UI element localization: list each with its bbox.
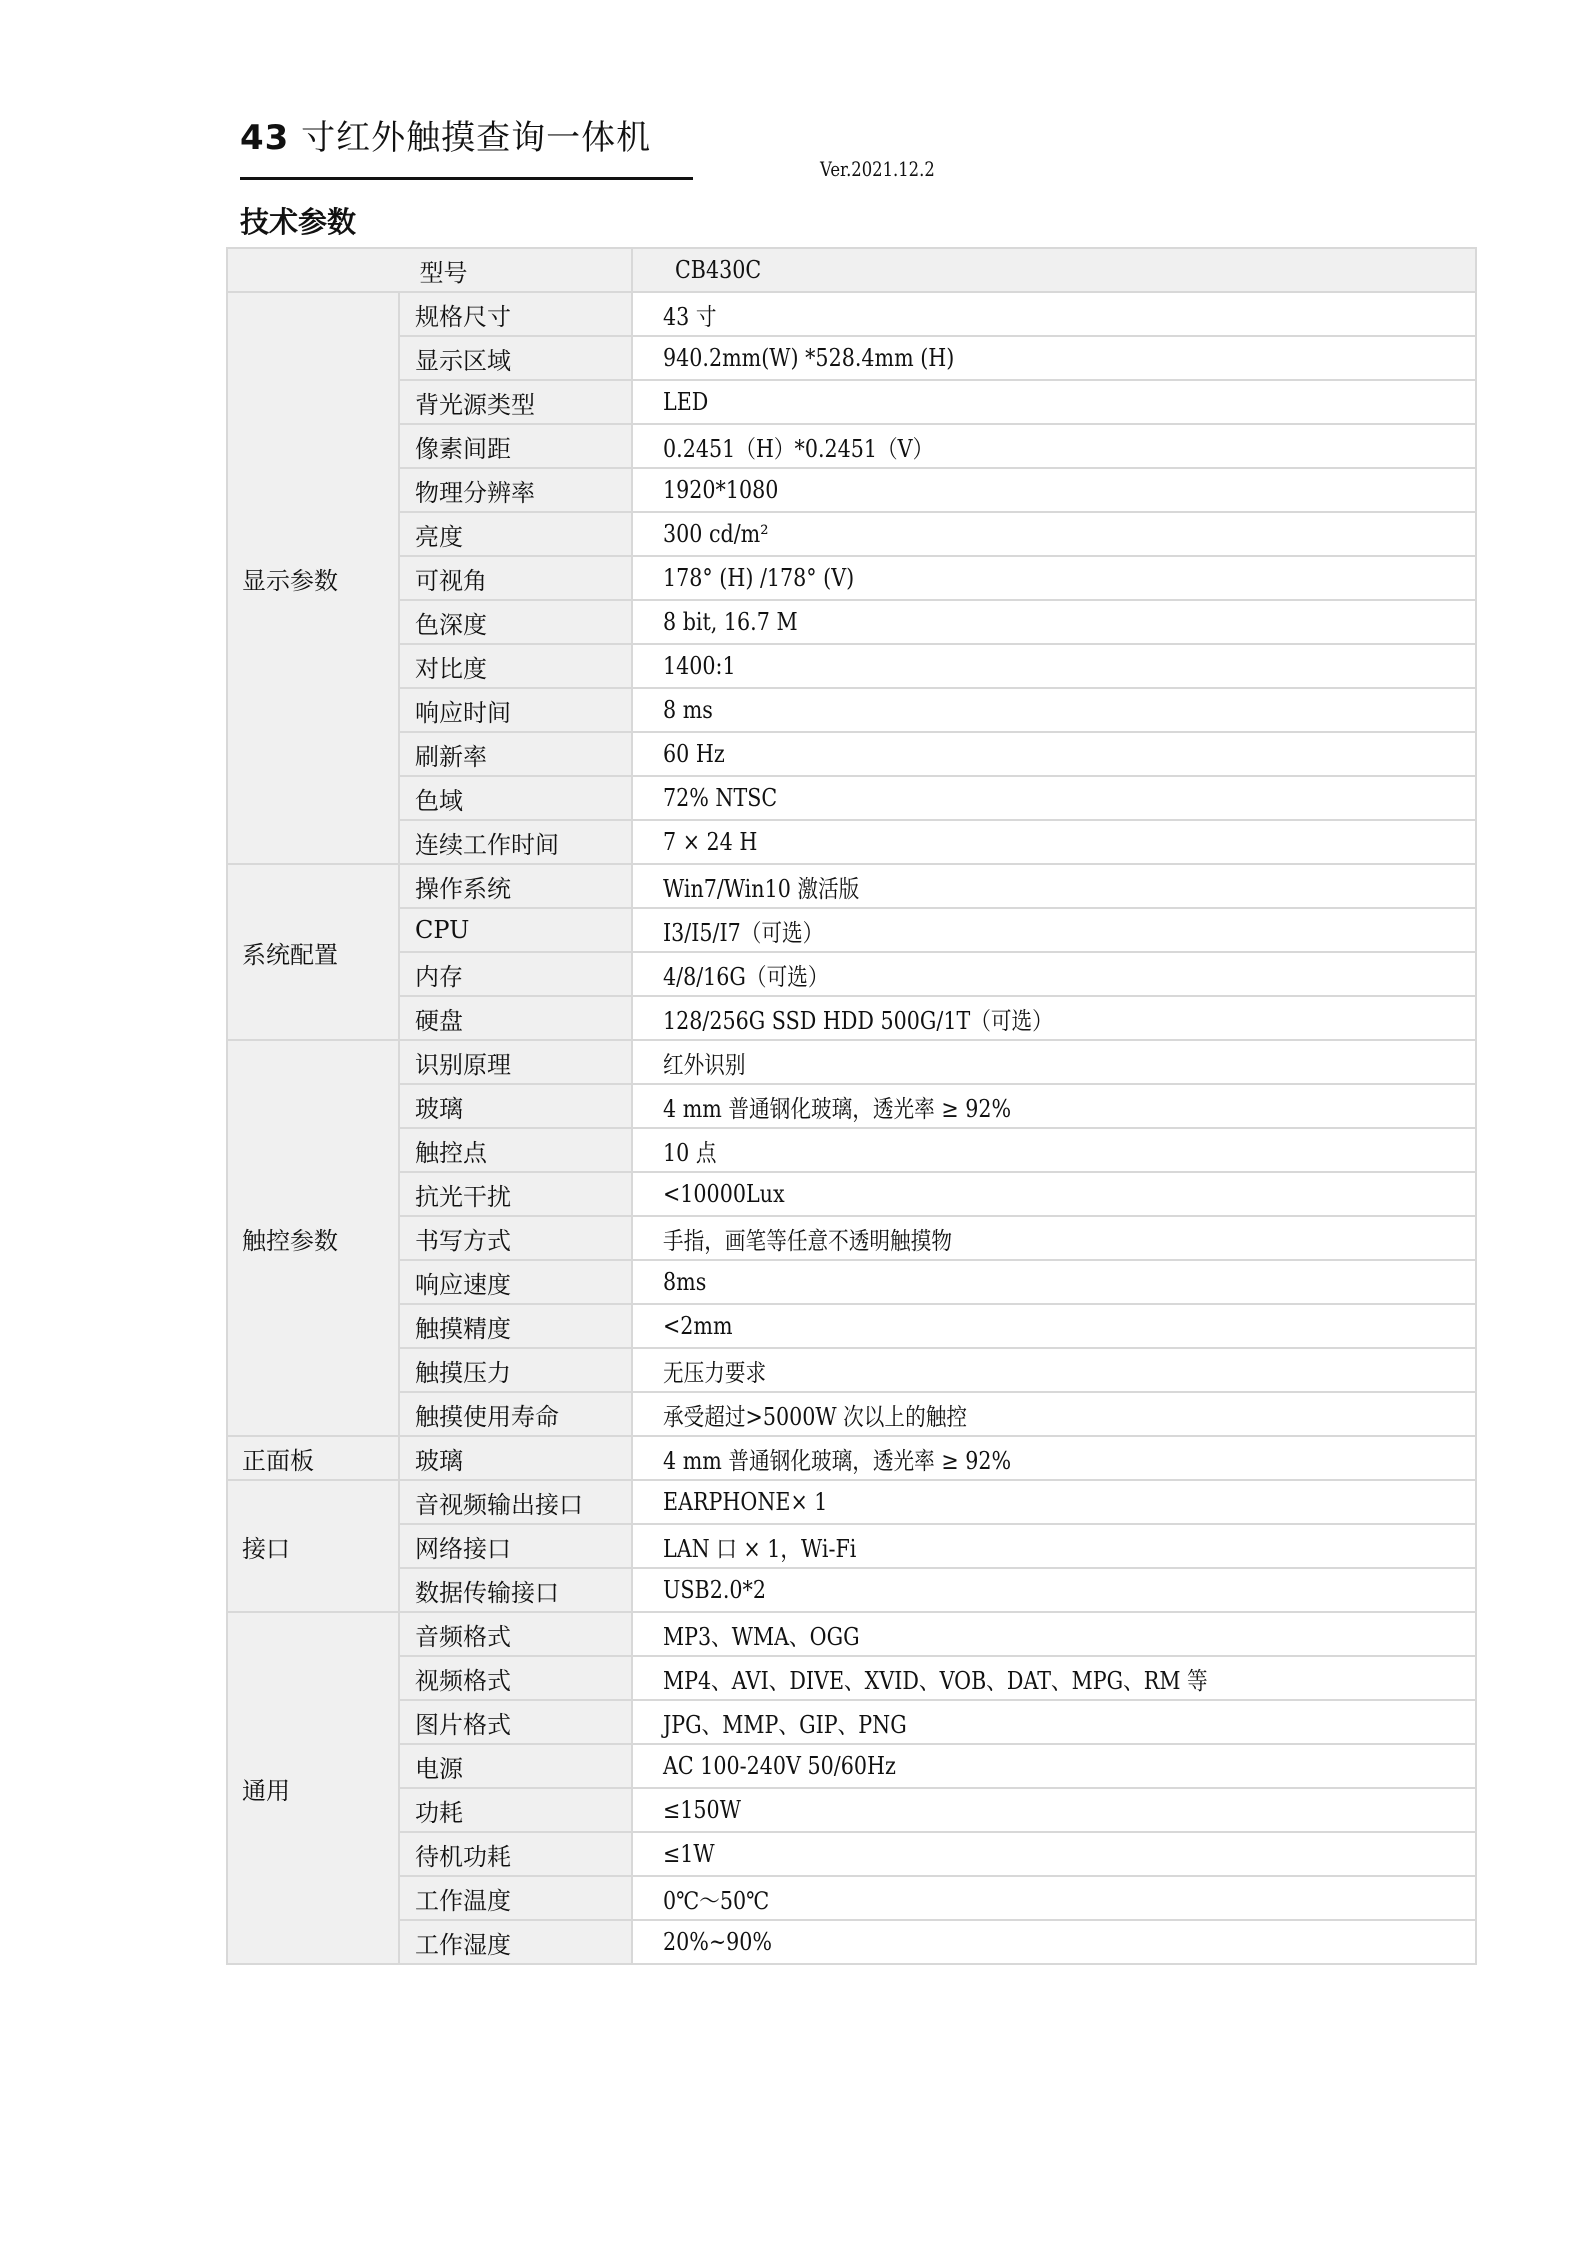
- spec-row: 亮度300 cd/m²: [227, 512, 1476, 556]
- spec-value: AC 100-240V 50/60Hz: [632, 1744, 1476, 1788]
- spec-label: CPU: [399, 908, 632, 952]
- spec-value: 20%~90%: [632, 1920, 1476, 1964]
- spec-table: 型号 CB430C 显示参数规格尺寸43 寸显示区域940.2mm(W) *52…: [226, 247, 1477, 1965]
- spec-value: ≤1W: [632, 1832, 1476, 1876]
- spec-label: 识别原理: [399, 1040, 632, 1084]
- spec-label: 触摸精度: [399, 1304, 632, 1348]
- spec-row: 待机功耗≤1W: [227, 1832, 1476, 1876]
- spec-row: 触摸使用寿命承受超过>5000W 次以上的触控: [227, 1392, 1476, 1436]
- spec-value: EARPHONE× 1: [632, 1480, 1476, 1524]
- document-title: 43 寸红外触摸查询一体机: [240, 116, 651, 160]
- spec-label: 连续工作时间: [399, 820, 632, 864]
- spec-row: 刷新率60 Hz: [227, 732, 1476, 776]
- group-label: 系统配置: [227, 864, 399, 1040]
- spec-value: 无压力要求: [632, 1348, 1476, 1392]
- spec-value: 300 cd/m²: [632, 512, 1476, 556]
- spec-label: 操作系统: [399, 864, 632, 908]
- version-label: Ver.2021.12.2: [820, 155, 935, 183]
- spec-label: 功耗: [399, 1788, 632, 1832]
- spec-row: 可视角178° (H) /178° (V): [227, 556, 1476, 600]
- spec-label: 亮度: [399, 512, 632, 556]
- spec-value: 8ms: [632, 1260, 1476, 1304]
- spec-label: 图片格式: [399, 1700, 632, 1744]
- spec-label: 色深度: [399, 600, 632, 644]
- spec-row: 硬盘128/256G SSD HDD 500G/1T（可选）: [227, 996, 1476, 1040]
- spec-value: 8 bit, 16.7 M: [632, 600, 1476, 644]
- spec-row: 内存4/8/16G（可选）: [227, 952, 1476, 996]
- spec-row: 抗光干扰<10000Lux: [227, 1172, 1476, 1216]
- spec-value: 8 ms: [632, 688, 1476, 732]
- spec-label: 网络接口: [399, 1524, 632, 1568]
- spec-value: 60 Hz: [632, 732, 1476, 776]
- group-label: 正面板: [227, 1436, 399, 1480]
- spec-row: 触控点10 点: [227, 1128, 1476, 1172]
- spec-row: 背光源类型LED: [227, 380, 1476, 424]
- spec-row: 功耗≤150W: [227, 1788, 1476, 1832]
- spec-label: 对比度: [399, 644, 632, 688]
- spec-label: 刷新率: [399, 732, 632, 776]
- title-text: 寸红外触摸查询一体机: [301, 118, 651, 158]
- spec-label: 工作湿度: [399, 1920, 632, 1964]
- spec-label: 数据传输接口: [399, 1568, 632, 1612]
- spec-row: 工作温度0℃～50℃: [227, 1876, 1476, 1920]
- spec-label: 响应时间: [399, 688, 632, 732]
- spec-label: 触摸使用寿命: [399, 1392, 632, 1436]
- spec-row: 响应速度8ms: [227, 1260, 1476, 1304]
- spec-label: 玻璃: [399, 1084, 632, 1128]
- spec-label: 视频格式: [399, 1656, 632, 1700]
- spec-row: 连续工作时间7 × 24 H: [227, 820, 1476, 864]
- spec-value: 10 点: [632, 1128, 1476, 1172]
- spec-value: 43 寸: [632, 292, 1476, 336]
- spec-row: 对比度1400:1: [227, 644, 1476, 688]
- spec-label: 色域: [399, 776, 632, 820]
- spec-value: 72% NTSC: [632, 776, 1476, 820]
- spec-value: <10000Lux: [632, 1172, 1476, 1216]
- spec-value: MP4、AVI、DIVE、XVID、VOB、DAT、MPG、RM 等: [632, 1656, 1476, 1700]
- spec-value: 红外识别: [632, 1040, 1476, 1084]
- spec-value: 1920*1080: [632, 468, 1476, 512]
- spec-label: 背光源类型: [399, 380, 632, 424]
- spec-label: 音频格式: [399, 1612, 632, 1656]
- model-row: 型号 CB430C: [227, 248, 1476, 292]
- spec-label: 显示区域: [399, 336, 632, 380]
- spec-value: LAN 口 × 1，Wi-Fi: [632, 1524, 1476, 1568]
- spec-label: 硬盘: [399, 996, 632, 1040]
- spec-value: USB2.0*2: [632, 1568, 1476, 1612]
- spec-row: 物理分辨率1920*1080: [227, 468, 1476, 512]
- spec-value: 128/256G SSD HDD 500G/1T（可选）: [632, 996, 1476, 1040]
- spec-row: 通用音频格式MP3、WMA、OGG: [227, 1612, 1476, 1656]
- title-number: 43: [240, 118, 289, 158]
- model-value: CB430C: [632, 248, 1476, 292]
- spec-label: 电源: [399, 1744, 632, 1788]
- spec-row: 玻璃4 mm 普通钢化玻璃，透光率 ≥ 92%: [227, 1084, 1476, 1128]
- title-underline: [240, 177, 693, 180]
- group-label: 接口: [227, 1480, 399, 1612]
- spec-row: 系统配置操作系统Win7/Win10 激活版: [227, 864, 1476, 908]
- spec-row: CPUI3/I5/I7（可选）: [227, 908, 1476, 952]
- spec-value: 4/8/16G（可选）: [632, 952, 1476, 996]
- spec-value: LED: [632, 380, 1476, 424]
- spec-row: 正面板玻璃4 mm 普通钢化玻璃，透光率 ≥ 92%: [227, 1436, 1476, 1480]
- spec-value: Win7/Win10 激活版: [632, 864, 1476, 908]
- spec-row: 工作湿度20%~90%: [227, 1920, 1476, 1964]
- spec-label: 触摸压力: [399, 1348, 632, 1392]
- spec-row: 网络接口LAN 口 × 1，Wi-Fi: [227, 1524, 1476, 1568]
- group-label: 显示参数: [227, 292, 399, 864]
- spec-label: 可视角: [399, 556, 632, 600]
- spec-value: I3/I5/I7（可选）: [632, 908, 1476, 952]
- spec-label: 规格尺寸: [399, 292, 632, 336]
- spec-row: 图片格式JPG、MMP、GIP、PNG: [227, 1700, 1476, 1744]
- spec-value: 0℃～50℃: [632, 1876, 1476, 1920]
- spec-label: 待机功耗: [399, 1832, 632, 1876]
- spec-row: 色域72% NTSC: [227, 776, 1476, 820]
- spec-row: 触摸精度<2mm: [227, 1304, 1476, 1348]
- spec-value: JPG、MMP、GIP、PNG: [632, 1700, 1476, 1744]
- spec-row: 电源AC 100-240V 50/60Hz: [227, 1744, 1476, 1788]
- spec-value: 7 × 24 H: [632, 820, 1476, 864]
- spec-label: 玻璃: [399, 1436, 632, 1480]
- spec-label: 工作温度: [399, 1876, 632, 1920]
- spec-row: 色深度8 bit, 16.7 M: [227, 600, 1476, 644]
- spec-value: 4 mm 普通钢化玻璃，透光率 ≥ 92%: [632, 1084, 1476, 1128]
- spec-row: 响应时间8 ms: [227, 688, 1476, 732]
- spec-label: 抗光干扰: [399, 1172, 632, 1216]
- spec-value: MP3、WMA、OGG: [632, 1612, 1476, 1656]
- spec-row: 书写方式手指，画笔等任意不透明触摸物: [227, 1216, 1476, 1260]
- spec-value: 手指，画笔等任意不透明触摸物: [632, 1216, 1476, 1260]
- spec-value: 承受超过>5000W 次以上的触控: [632, 1392, 1476, 1436]
- group-label: 通用: [227, 1612, 399, 1964]
- spec-value: 178° (H) /178° (V): [632, 556, 1476, 600]
- spec-value: 1400:1: [632, 644, 1476, 688]
- spec-row: 触控参数识别原理红外识别: [227, 1040, 1476, 1084]
- spec-row: 数据传输接口USB2.0*2: [227, 1568, 1476, 1612]
- spec-value: ≤150W: [632, 1788, 1476, 1832]
- spec-label: 书写方式: [399, 1216, 632, 1260]
- spec-row: 接口音视频输出接口EARPHONE× 1: [227, 1480, 1476, 1524]
- spec-value: 4 mm 普通钢化玻璃，透光率 ≥ 92%: [632, 1436, 1476, 1480]
- spec-row: 显示参数规格尺寸43 寸: [227, 292, 1476, 336]
- spec-row: 触摸压力无压力要求: [227, 1348, 1476, 1392]
- spec-row: 显示区域940.2mm(W) *528.4mm (H): [227, 336, 1476, 380]
- spec-label: 音视频输出接口: [399, 1480, 632, 1524]
- spec-value: 0.2451（H）*0.2451（V）: [632, 424, 1476, 468]
- spec-label: 内存: [399, 952, 632, 996]
- spec-label: 像素间距: [399, 424, 632, 468]
- spec-row: 像素间距0.2451（H）*0.2451（V）: [227, 424, 1476, 468]
- group-label: 触控参数: [227, 1040, 399, 1436]
- model-label: 型号: [227, 248, 632, 292]
- spec-label: 物理分辨率: [399, 468, 632, 512]
- spec-label: 触控点: [399, 1128, 632, 1172]
- spec-row: 视频格式MP4、AVI、DIVE、XVID、VOB、DAT、MPG、RM 等: [227, 1656, 1476, 1700]
- spec-label: 响应速度: [399, 1260, 632, 1304]
- spec-value: 940.2mm(W) *528.4mm (H): [632, 336, 1476, 380]
- section-title: 技术参数: [240, 203, 356, 241]
- spec-value: <2mm: [632, 1304, 1476, 1348]
